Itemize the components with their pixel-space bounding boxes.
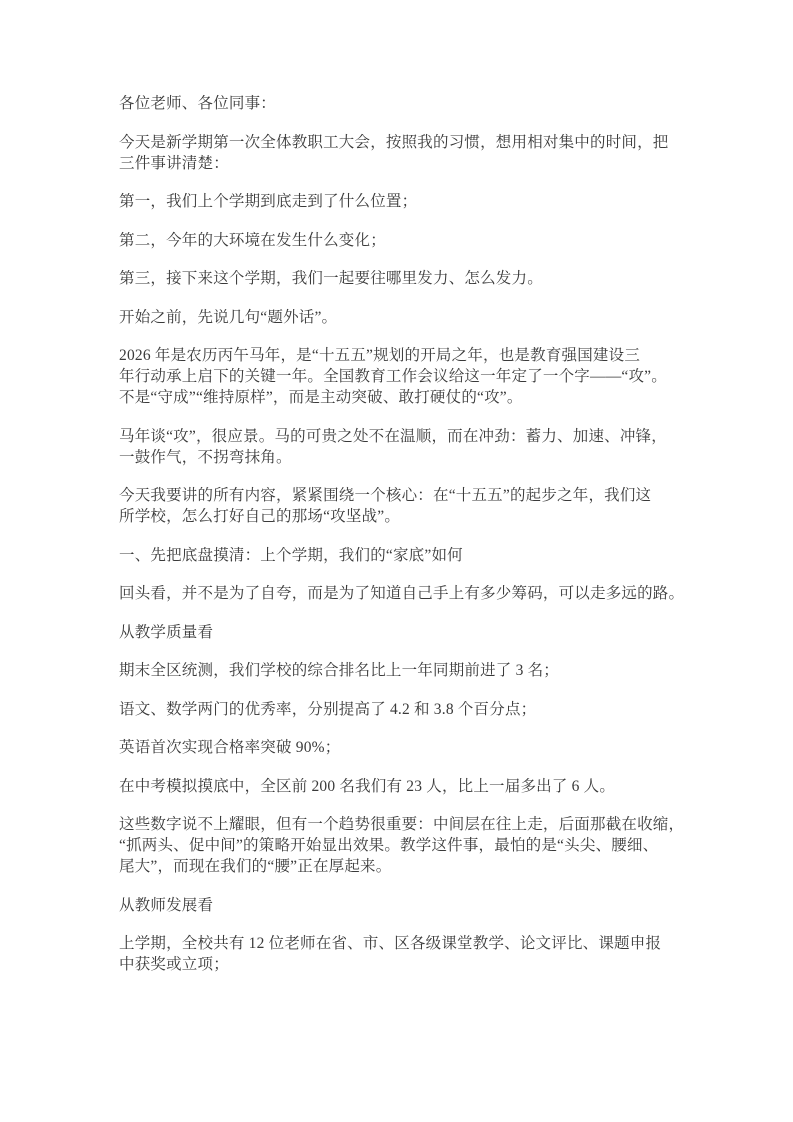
document-body: 各位老师、各位同事： 今天是新学期第一次全体教职工大会，按照我的习惯，想用相对集… (119, 93, 704, 975)
paragraph-preface-remark: 开始之前，先说几句“题外话”。 (119, 307, 704, 328)
paragraph-point-2: 第二，今年的大环境在发生什么变化； (119, 230, 704, 251)
paragraph-section-1-intro: 回头看，并不是为了自夸，而是为了知道自己手上有多少筹码，可以走多远的路。 (119, 583, 704, 604)
subsection-teaching-quality-heading: 从教学质量看 (119, 622, 704, 643)
paragraph-trend-analysis: 这些数字说不上耀眼，但有一个趋势很重要：中间层在往上走，后面那截在收缩， “抓两… (119, 814, 704, 877)
paragraph-horse-year-metaphor: 马年谈“攻”，很应景。马的可贵之处不在温顺，而在冲劲：蓄力、加速、冲锋， 一鼓作… (119, 426, 704, 468)
paragraph-core-theme: 今天我要讲的所有内容，紧紧围绕一个核心：在“十五五”的起步之年，我们这 所学校，… (119, 485, 704, 527)
paragraph-point-1: 第一，我们上个学期到底走到了什么位置； (119, 191, 704, 212)
section-1-heading: 一、先把底盘摸清：上个学期，我们的“家底”如何 (119, 545, 704, 566)
paragraph-intro: 今天是新学期第一次全体教职工大会，按照我的习惯，想用相对集中的时间，把 三件事讲… (119, 132, 704, 174)
paragraph-salutation: 各位老师、各位同事： (119, 93, 704, 114)
document-page: 各位老师、各位同事： 今天是新学期第一次全体教职工大会，按照我的习惯，想用相对集… (0, 0, 793, 1122)
paragraph-stat-ranking: 期末全区统测，我们学校的综合排名比上一年同期前进了 3 名； (119, 660, 704, 681)
subsection-teacher-development-heading: 从教师发展看 (119, 895, 704, 916)
paragraph-stat-teacher-awards: 上学期，全校共有 12 位老师在省、市、区各级课堂教学、论文评比、课题申报 中获… (119, 933, 704, 975)
paragraph-stat-mock-exam: 在中考模拟摸底中，全区前 200 名我们有 23 人，比上一届多出了 6 人。 (119, 776, 704, 797)
paragraph-stat-excellence-rate: 语文、数学两门的优秀率，分别提高了 4.2 和 3.8 个百分点； (119, 699, 704, 720)
paragraph-year-context: 2026 年是农历丙午马年，是“十五五”规划的开局之年，也是教育强国建设三 年行… (119, 345, 704, 408)
paragraph-stat-english-pass-rate: 英语首次实现合格率突破 90%； (119, 737, 704, 758)
paragraph-point-3: 第三，接下来这个学期，我们一起要往哪里发力、怎么发力。 (119, 268, 704, 289)
